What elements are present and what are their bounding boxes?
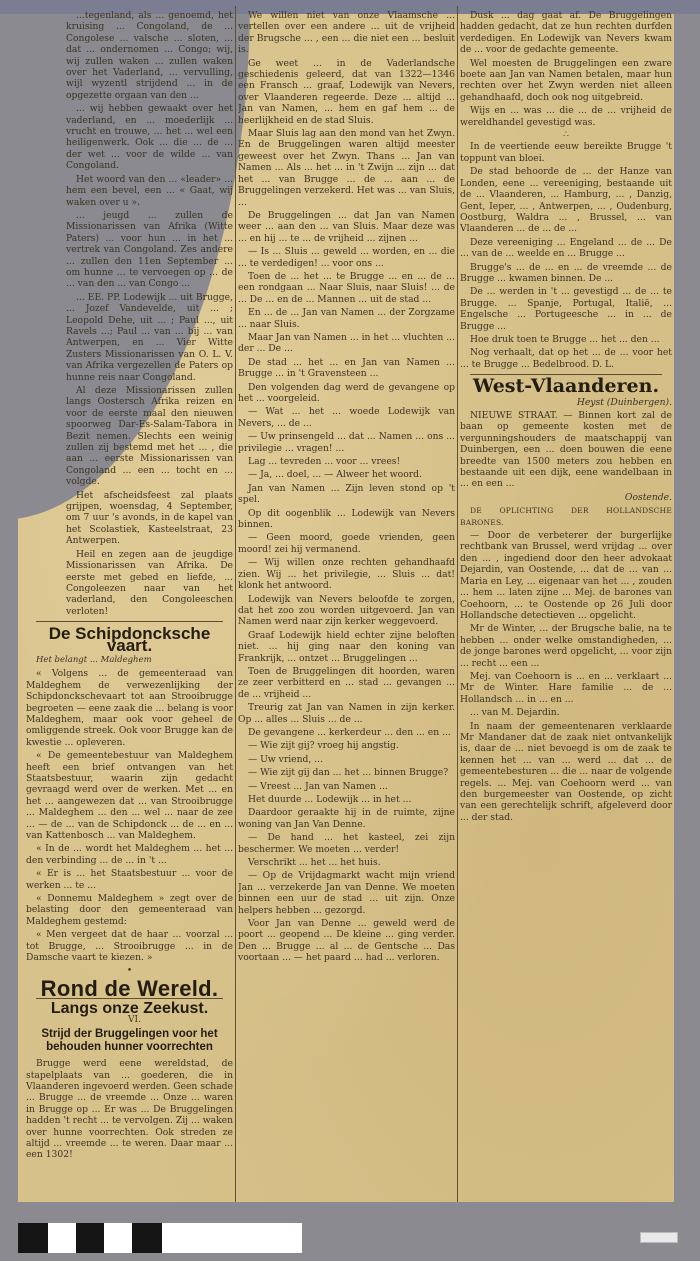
paragraph: Wel moesten de Bruggelingen een zware bo… xyxy=(460,58,672,104)
paragraph: — Ja, ... doel, ... — Alweer het woord. xyxy=(238,469,455,480)
paragraph: Het afscheidsfeest zal plaats grijpen, w… xyxy=(66,490,233,547)
paragraph: Dusk ... dag gaat af. De Bruggelingen ha… xyxy=(460,10,672,56)
paragraph: — Op de Vrijdagmarkt wacht mijn vriend J… xyxy=(238,870,455,916)
paragraph: Verschrikt ... het ... het huis. xyxy=(238,857,455,868)
paragraph: Den volgenden dag werd de gevangene op h… xyxy=(238,382,455,405)
paragraph: — Wie zijt gij? vroeg hij angstig. xyxy=(238,740,455,751)
paragraph: Treurig zat Jan van Namen in zijn kerker… xyxy=(238,702,455,725)
column-1: ...tegenland, als ... genoemd, het kruis… xyxy=(26,10,233,1198)
column-3-body: Dusk ... dag gaat af. De Bruggelingen ha… xyxy=(460,10,672,128)
paragraph: Maar Sluis lag aan den mond van het Zwyn… xyxy=(238,128,455,208)
paragraph: « Donnemu Maldeghem » zegt over de belas… xyxy=(26,893,233,927)
headline-rond-de-wereld: Rond de Wereld. xyxy=(26,983,233,994)
archive-label xyxy=(640,1232,678,1243)
paragraph: — Vreest ... Jan van Namen ... xyxy=(238,781,455,792)
paragraph: « Men vergeet dat de haar ... voorzal ..… xyxy=(26,929,233,963)
paragraph: De ... werden in 't ... gevestigd ... de… xyxy=(460,286,672,332)
calibration-block-black xyxy=(18,1223,48,1253)
separator-dots: ∴ xyxy=(460,130,672,141)
paragraph: Het duurde ... Lodewijk ... in het ... xyxy=(238,794,455,805)
paragraph: Mr de Winter, ... der Brugsche balie, na… xyxy=(460,623,672,669)
paragraph: We willen niet van onze Vlaamsche ... ve… xyxy=(238,10,455,56)
west-vlaanderen-body: NIEUWE STRAAT. — Binnen kort zal de baan… xyxy=(460,410,672,490)
paragraph: ... wij hebben gewaakt over het vaderlan… xyxy=(66,103,233,171)
paragraph: De gevangene ... kerkerdeur ... den ... … xyxy=(238,727,455,738)
place-oostende: Oostende. xyxy=(460,492,672,503)
calibration-block-black xyxy=(76,1223,104,1253)
paragraph: Hoe druk toen te Brugge ... het ... den … xyxy=(460,334,672,345)
calibration-block-black xyxy=(132,1223,162,1253)
schipdonck-body: « Volgens ... de gemeenteraad van Maldeg… xyxy=(26,668,233,963)
oplichting-body: — Door de verbeterer der burgerlijke rec… xyxy=(460,530,672,823)
paragraph: Op dit oogenblik ... Lodewijk van Nevers… xyxy=(238,508,455,531)
paragraph: ... jeugd ... zullen de Missionarissen v… xyxy=(66,210,233,290)
paragraph: — Uw prinsengeld ... dat ... Namen ... o… xyxy=(238,431,455,454)
paragraph: — Wat ... het ... woede Lodewijk van Nev… xyxy=(238,406,455,429)
calibration-block-white xyxy=(162,1223,302,1253)
paragraph: Lodewijk van Nevers beloofde te zorgen, … xyxy=(238,594,455,628)
paragraph: Brugge's ... de ... en ... de vreemde ..… xyxy=(460,262,672,285)
column-2: We willen niet van onze Vlaamsche ... ve… xyxy=(238,10,455,1206)
subheading-schipdonck: Het belangt ... Maldeghem xyxy=(26,655,233,666)
paragraph: ... van M. Dejardin. xyxy=(460,707,672,718)
paragraph: — Geen moord, goede vrienden, geen moord… xyxy=(238,532,455,555)
paragraph: Jan van Namen ... Zijn leven stond op 't… xyxy=(238,483,455,506)
paragraph: Ge weet ... in de Vaderlandsche geschied… xyxy=(238,58,455,126)
paragraph: — Is ... Sluis ... geweld ... worden, en… xyxy=(238,246,455,269)
paragraph: Toen de Bruggelingen dit hoorden, waren … xyxy=(238,666,455,700)
calibration-block-white xyxy=(104,1223,132,1253)
column-3: Dusk ... dag gaat af. De Bruggelingen ha… xyxy=(460,10,672,1206)
column-2-body: We willen niet van onze Vlaamsche ... ve… xyxy=(238,10,455,964)
subheadline-strijd: Strijd der Bruggelingen voor het behoude… xyxy=(26,1028,233,1054)
paragraph: In de veertiende eeuw bereikte Brugge 't… xyxy=(460,141,672,164)
paragraph: Al deze Missionarissen zullen langs Oost… xyxy=(66,385,233,488)
paragraph: Wijs en ... was ... die ... de ... vrijh… xyxy=(460,105,672,128)
paragraph: — De hand ... het kasteel, zei zijn besc… xyxy=(238,832,455,855)
paragraph: De stad ... het ... en Jan van Namen ...… xyxy=(238,357,455,380)
calibration-block-white xyxy=(48,1223,76,1253)
paragraph: Maar Jan van Namen ... in het ... vlucht… xyxy=(238,332,455,355)
headline-langs-onze-zeekust: Langs onze Zeekust. xyxy=(26,1003,233,1014)
paragraph: — Wij willen onze rechten gehandhaafd zi… xyxy=(238,557,455,591)
headline-schipdonck: De Schipdoncksche vaart. xyxy=(26,628,233,651)
paragraph: Toen de ... het ... te Brugge ... en ...… xyxy=(238,271,455,305)
paragraph: Lag ... tevreden ... voor ... vrees! xyxy=(238,456,455,467)
paragraph: De stad behoorde de ... der Hanze van Lo… xyxy=(460,166,672,234)
paragraph: Heil en zegen aan de jeugdige Missionari… xyxy=(66,549,233,617)
place-heyst: Heyst (Duinbergen). xyxy=(460,397,672,408)
paragraph: In naam der gemeentenaren verklaarde Mr … xyxy=(460,721,672,824)
paragraph: Mej. van Coehoorn is ... en ... verklaar… xyxy=(460,671,672,705)
subheading-oplichting: DE OPLICHTING DER HOLLANDSCHE BARONES. xyxy=(460,505,672,528)
paragraph: Het woord van den ... «leader» ... hem e… xyxy=(66,174,233,208)
paragraph: « Er is ... het Staatsbestuur ... voor d… xyxy=(26,868,233,891)
paragraph: Daardoor geraakte hij in de ruimte, zijn… xyxy=(238,807,455,830)
column-1-body: ...tegenland, als ... genoemd, het kruis… xyxy=(26,10,233,617)
paragraph: « In de ... wordt het Maldeghem ... het … xyxy=(26,843,233,866)
headline-west-vlaanderen: West-Vlaanderen. xyxy=(460,381,672,392)
paragraph: Nog verhaalt, dat op het ... de ... voor… xyxy=(460,347,672,370)
paragraph: « De gemeentebestuur van Maldeghem heeft… xyxy=(26,750,233,841)
paragraph: Graaf Lodewijk hield echter zijne beloft… xyxy=(238,630,455,664)
paragraph: — Wie zijt gij dan ... het ... binnen Br… xyxy=(238,767,455,778)
paragraph: NIEUWE STRAAT. — Binnen kort zal de baan… xyxy=(460,410,672,490)
paragraph: « Volgens ... de gemeenteraad van Maldeg… xyxy=(26,668,233,748)
column-3-body-b: In de veertiende eeuw bereikte Brugge 't… xyxy=(460,141,672,370)
paragraph: Brugge werd eene wereldstad, de stapelpl… xyxy=(26,1058,233,1161)
paragraph: De Bruggelingen ... dat Jan van Namen we… xyxy=(238,210,455,244)
paragraph: ...tegenland, als ... genoemd, het kruis… xyxy=(66,10,233,101)
rond-body: Brugge werd eene wereldstad, de stapelpl… xyxy=(26,1058,233,1161)
paragraph: — Door de verbeterer der burgerlijke rec… xyxy=(460,530,672,621)
paragraph: Voor Jan van Denne ... geweld werd de po… xyxy=(238,918,455,964)
paragraph: En ... de ... Jan van Namen ... der Zorg… xyxy=(238,307,455,330)
column-divider xyxy=(457,6,458,1202)
paragraph: — Uw vriend, ... xyxy=(238,754,455,765)
paragraph: ... EE. PP. Lodewijk ... uit Brugge, ...… xyxy=(66,292,233,383)
paragraph: Deze vereeniging ... Engeland ... de ...… xyxy=(460,237,672,260)
column-divider xyxy=(235,6,236,1202)
divider xyxy=(36,621,223,622)
